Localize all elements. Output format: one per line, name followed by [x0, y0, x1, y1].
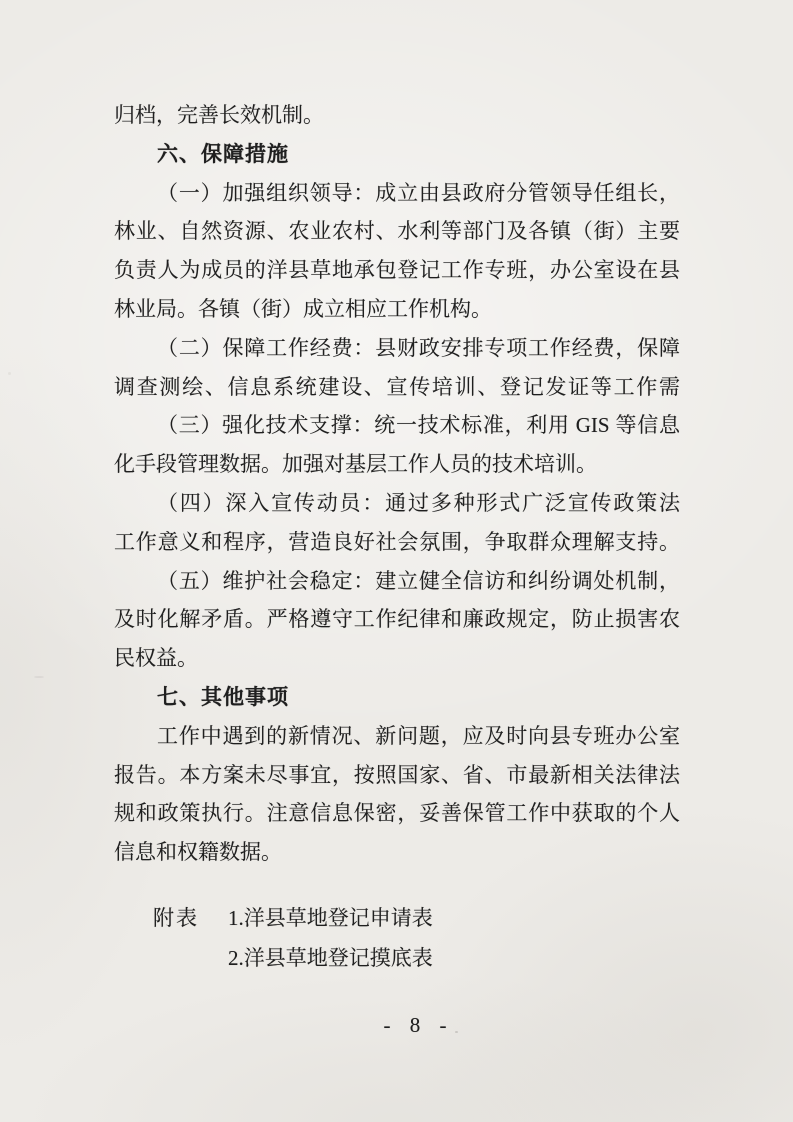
text-line: 民权益。 — [114, 639, 680, 678]
scan-speck — [455, 1031, 458, 1033]
attachment-list: 附表 1.洋县草地登记申请表 2.洋县草地登记摸底表 — [114, 898, 680, 978]
text-line: 归档，完善长效机制。 — [114, 96, 680, 135]
text-line: （二）保障工作经费：县财政安排专项工作经费，保障 — [114, 329, 680, 368]
text-line: 林业局。各镇（街）成立相应工作机构。 — [114, 290, 680, 329]
scan-speck — [8, 372, 11, 375]
section-heading: 七、其他事项 — [114, 678, 680, 717]
text-line: 调查测绘、信息系统建设、宣传培训、登记发证等工作需要。 — [114, 368, 680, 407]
text-line: 信息和权籍数据。 — [114, 833, 680, 872]
text-line: 负责人为成员的洋县草地承包登记工作专班，办公室设在县 — [114, 251, 680, 290]
attachment-item: 2.洋县草地登记摸底表 — [228, 946, 433, 970]
scan-speck — [34, 676, 44, 678]
attachment-label: 附表 — [153, 898, 199, 938]
page-number: - 8 - — [22, 1010, 793, 1040]
section-heading: 六、保障措施 — [114, 135, 680, 174]
text-line: 林业、自然资源、农业农村、水利等部门及各镇（街）主要 — [114, 212, 680, 251]
text-line: （四）深入宣传动员：通过多种形式广泛宣传政策法规、 — [114, 484, 680, 523]
text-line: 报告。本方案未尽事宜，按照国家、省、市最新相关法律法 — [114, 756, 680, 795]
text-line: 规和政策执行。注意信息保密，妥善保管工作中获取的个人 — [114, 794, 680, 833]
attachment-item: 1.洋县草地登记申请表 — [228, 906, 433, 930]
text-line: 化手段管理数据。加强对基层工作人员的技术培训。 — [114, 445, 680, 484]
text-line: （三）强化技术支撑：统一技术标准，利用 GIS 等信息 — [114, 406, 680, 445]
attachment-row: 附表 1.洋县草地登记申请表 — [114, 898, 680, 938]
attachment-row: 2.洋县草地登记摸底表 — [114, 938, 680, 978]
text-line: 工作中遇到的新情况、新问题，应及时向县专班办公室 — [114, 717, 680, 756]
text-line: （五）维护社会稳定：建立健全信访和纠纷调处机制， — [114, 562, 680, 601]
document-page: 归档，完善长效机制。 六、保障措施 （一）加强组织领导：成立由县政府分管领导任组… — [0, 0, 793, 1122]
document-body: 归档，完善长效机制。 六、保障措施 （一）加强组织领导：成立由县政府分管领导任组… — [114, 96, 680, 978]
text-line: 工作意义和程序，营造良好社会氛围，争取群众理解支持。 — [114, 523, 680, 562]
text-line: （一）加强组织领导：成立由县政府分管领导任组长， — [114, 174, 680, 213]
text-line: 及时化解矛盾。严格遵守工作纪律和廉政规定，防止损害农 — [114, 600, 680, 639]
